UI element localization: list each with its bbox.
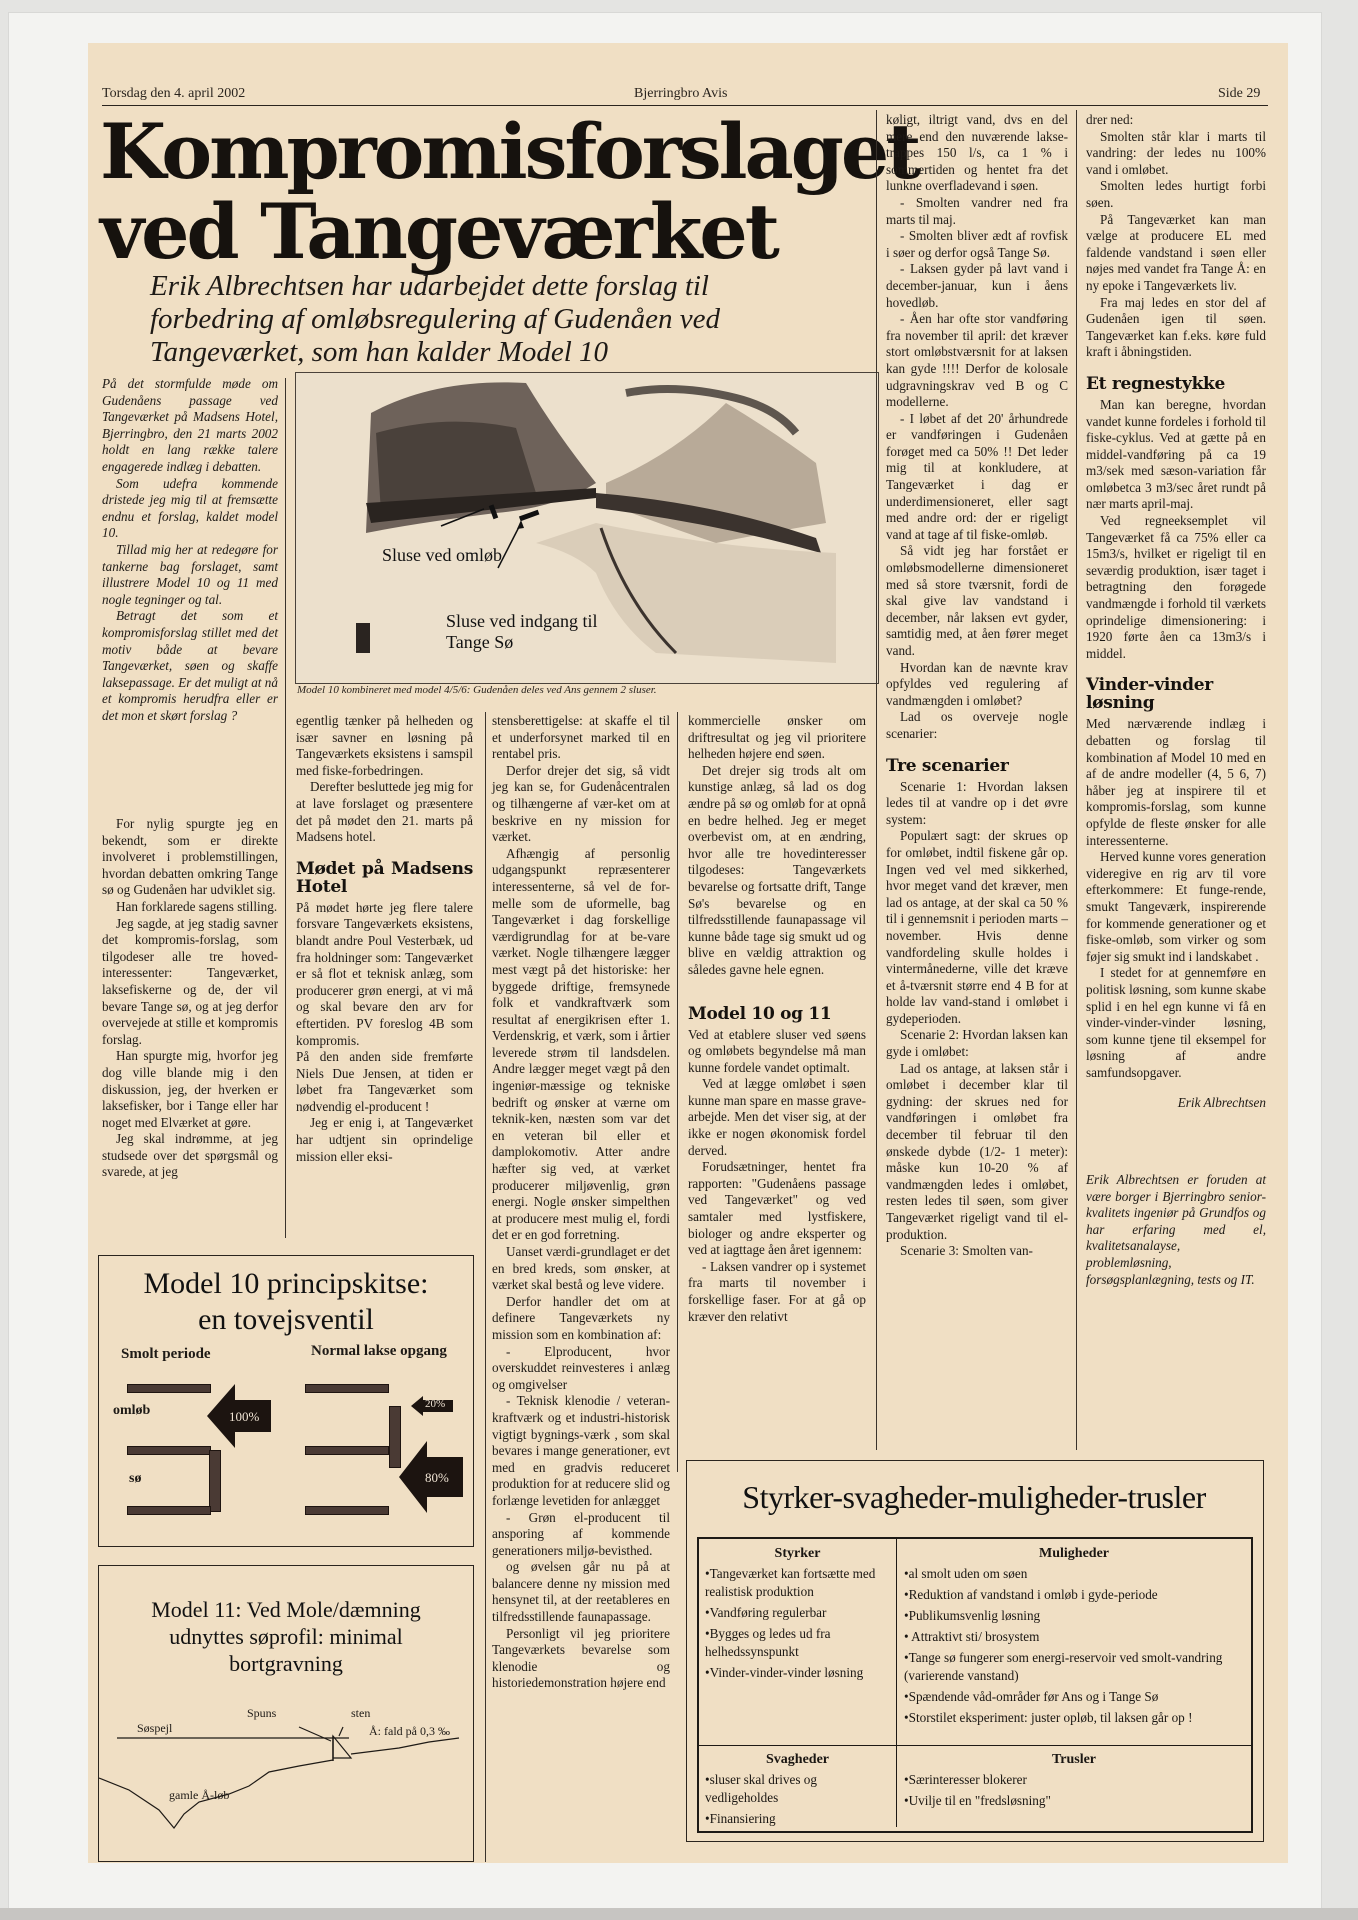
body-column-6: drer ned: Smolten står klar i marts til … [1086,112,1266,1288]
body-paragraph: Derfor drejer det sig, så vidt jeg kan s… [492,763,670,846]
article-headline: Kompromisforslaget ved Tangeværket [100,112,900,272]
photo-label-lake-sluice: Sluse ved indgang til Tange Sø [446,611,598,653]
body-paragraph: Scenarie 2: Hvordan laksen kan gyde i om… [886,1027,1068,1060]
channel-wall [127,1384,211,1393]
masthead-rule [102,105,1268,106]
swot-item: •Bygges og ledes ud fra helhedssynspunkt [705,1625,890,1661]
swot-item: •Vandføring regulerbar [705,1604,890,1622]
body-paragraph: Han forklarede sagens stilling. [102,899,278,916]
body-paragraph: stensberettigelse: at skaffe el til et u… [492,713,670,763]
author-bio: Erik Albrechtsen er foruden at være borg… [1086,1172,1266,1288]
body-paragraph: - Smolten bliver ædt af rovfisk i søer o… [886,228,1068,261]
model11-sketch-box: Model 11: Ved Mole/dæmning udnyttes søpr… [98,1565,474,1862]
swot-item: •Reduktion af vandstand i omløb i gyde-p… [904,1586,1244,1604]
body-paragraph: På den anden side fremførte Niels Due Je… [296,1049,473,1115]
so-label: sø [129,1471,141,1487]
gamle-aalob-label: gamle Å-løb [169,1788,229,1803]
swot-item: •Finansiering [705,1810,890,1828]
body-paragraph: På Tangeværket kan man vælge at producer… [1086,212,1266,295]
channel-wall [127,1446,211,1455]
column-rule [677,712,678,1472]
body-paragraph: Smolten står klar i marts til vandring: … [1086,129,1266,179]
smolt-period-label: Smolt periode [121,1346,211,1363]
sten-label: sten [351,1706,370,1721]
body-paragraph: Ved at etablere sluser ved søens og omlø… [688,1027,866,1077]
body-paragraph: Jeg er enig i, at Tangeværket har udtjen… [296,1115,473,1165]
swot-title: Styrker-svagheder-muligheder-trusler [686,1478,1262,1516]
gate-closed [209,1450,221,1512]
swot-item: •Spændende våd-områder før Ans og i Tang… [904,1688,1244,1706]
scanner-edge [0,1908,1358,1920]
section-heading: Tre scenarier [886,757,1068,775]
column-rule [876,110,877,1450]
channel-wall [305,1384,389,1393]
intro-paragraph: Betragt det som et kompromisforslag stil… [102,608,278,724]
aerial-photo-figure: Sluse ved omløb Sluse ved indgang til Ta… [295,372,879,684]
body-paragraph: Scenarie 3: Smolten van- [886,1243,1068,1260]
body-paragraph: For nylig spurgte jeg en bekendt, som er… [102,816,278,899]
body-paragraph: I stedet for at gennemføre en politisk l… [1086,965,1266,1081]
lake-profile-diagram [99,1566,473,1861]
swot-divider [896,1539,897,1827]
section-heading: Model 10 og 11 [688,1005,866,1023]
swot-item: •Tangeværket kan fortsætte med realistis… [705,1565,890,1601]
model10-title: Model 10 principskitse: en tovejsventil [99,1266,473,1338]
sospejl-label: Søspejl [137,1721,172,1736]
swot-item: •Publikumsvenlig løsning [904,1607,1244,1625]
body-paragraph: Med nærværende indlæg i debatten og fors… [1086,716,1266,849]
body-paragraph: Hvordan kan de nævnte krav opfyldes ved … [886,660,1068,710]
intro-paragraph: Tillad mig her at redegøre for tankerne … [102,542,278,608]
body-column-1: For nylig spurgte jeg en bekendt, som er… [102,816,278,1181]
swot-table: Styrker •Tangeværket kan fortsætte med r… [697,1537,1253,1833]
body-paragraph: - I løbet af det 20' århundrede er vandf… [886,411,1068,544]
omlob-label: omløb [113,1403,150,1419]
body-paragraph: Populært sagt: der skrues op for omløbet… [886,828,1068,1027]
body-paragraph: Jeg sagde, at jeg stadig savner det komp… [102,916,278,1049]
intro-paragraph: Som udefra kommende dristede jeg mig til… [102,476,278,542]
swot-item: •al smolt uden om søen [904,1565,1244,1583]
body-paragraph: - Teknisk klenodie / veteran-kraftværk o… [492,1393,670,1509]
body-paragraph: kommercielle ønsker om driftresultat og … [688,713,866,763]
body-paragraph: Smolten ledes hurtigt forbi søen. [1086,178,1266,211]
body-paragraph: og øvelsen går nu på at balancere denne … [492,1559,670,1625]
body-paragraph: Så vidt jeg har forstået er omløbsmodell… [886,543,1068,659]
body-paragraph: køligt, iltrigt vand, dvs en del mere en… [886,112,1068,195]
photo-label-omlob-sluice: Sluse ved omløb [382,545,502,566]
body-paragraph: - Smolten vandrer ned fra marts til maj. [886,195,1068,228]
issue-date: Torsdag den 4. april 2002 [102,86,245,102]
body-paragraph: egentlig tænker på helheden og især savn… [296,713,473,779]
section-heading: Et regnestykke [1086,375,1266,393]
swot-strengths: Styrker •Tangeværket kan fortsætte med r… [705,1545,890,1685]
headline-line-1: Kompromisforslaget [100,112,900,192]
body-column-5: køligt, iltrigt vand, dvs en del mere en… [886,112,1068,1260]
swot-weaknesses: Svagheder •sluser skal drives og vedlige… [705,1751,890,1831]
swot-item: •Uvilje til en "fredsløsning" [904,1792,1244,1810]
normal-salmon-label: Normal lakse opgang [311,1343,447,1360]
body-paragraph: Det drejer sig trods alt om kunstige anl… [688,763,866,979]
model10-title-line: Model 10 principskitse: [99,1266,473,1302]
swot-item: •Særinteresser blokerer [904,1771,1244,1789]
body-paragraph: Ved regneeksemplet vil Tangeværket få ca… [1086,513,1266,662]
swot-heading: Svagheder [705,1751,890,1769]
body-paragraph: Lad os overveje nogle scenarier: [886,709,1068,742]
body-column-2: egentlig tænker på helheden og især savn… [296,713,473,1165]
body-paragraph: - Laksen gyder på lavt vand i december-j… [886,261,1068,311]
body-paragraph: - Åen har ofte stor vandføring fra novem… [886,311,1068,411]
author-signature: Erik Albrechtsen [1086,1095,1266,1112]
body-paragraph: - Grøn el-producent til ansporing af kom… [492,1510,670,1560]
headline-line-2: ved Tangeværket [100,192,900,272]
swot-item: •Tange sø fungerer som energi-reservoir … [904,1649,1244,1685]
column-rule [285,378,286,1238]
swot-divider [699,1745,1251,1746]
swot-opportunities: Muligheder •al smolt uden om søen •Reduk… [904,1545,1244,1730]
intro-paragraph: På det stormfulde møde om Gudenåens pass… [102,376,278,476]
body-paragraph: Man kan beregne, hvordan vandet kunne fo… [1086,397,1266,513]
body-paragraph: Scenarie 1: Hvordan laksen ledes til at … [886,779,1068,829]
swot-item: •Vinder-vinder-vinder løsning [705,1664,890,1682]
photo-caption: Model 10 kombineret med model 4/5/6: Gud… [297,684,657,696]
intro-column: På det stormfulde møde om Gudenåens pass… [102,376,278,724]
flow-percent-20: 20% [425,1398,445,1410]
flow-percent-100: 100% [229,1409,259,1425]
body-paragraph: Herved kunne vores generation videregive… [1086,849,1266,965]
fald-label: Å: fald på 0,3 ‰ [369,1724,450,1739]
swot-item: •sluser skal drives og vedligeholdes [705,1771,890,1807]
column-rule [1076,110,1077,1450]
swot-threats: Trusler •Særinteresser blokerer •Uvilje … [904,1751,1244,1813]
body-paragraph: Han spurgte mig, hvorfor jeg dog ville b… [102,1048,278,1131]
column-rule [485,712,486,1862]
body-paragraph: Lad os antage, at laksen står i omløbet … [886,1061,1068,1244]
section-heading: Vinder-vinder løsning [1086,676,1266,712]
publication-name: Bjerringbro Avis [634,86,727,102]
body-column-3: stensberettigelse: at skaffe el til et u… [492,713,670,1692]
model10-sketch-box: Model 10 principskitse: en tovejsventil … [98,1255,474,1547]
body-paragraph: Forudsætninger, hentet fra rapporten: "G… [688,1159,866,1259]
body-paragraph: Uanset værdi-grundlaget er det en bred k… [492,1244,670,1294]
swot-heading: Muligheder [904,1545,1244,1563]
body-paragraph: Fra maj ledes en stor del af Gudenåen ig… [1086,295,1266,361]
model10-title-line: en tovejsventil [99,1302,473,1338]
body-paragraph: Derfor handler det om at definere Tangev… [492,1294,670,1344]
swot-item: • Attraktivt sti/ brosystem [904,1628,1244,1646]
channel-wall [127,1506,211,1515]
body-paragraph: - Laksen vandrer op i systemet fra marts… [688,1259,866,1325]
body-paragraph: På mødet hørte jeg flere talere forsvare… [296,900,473,1049]
channel-wall [305,1506,389,1515]
spuns-label: Spuns [247,1706,276,1721]
photo-label-line: Sluse ved indgang til [446,611,598,632]
page-number: Side 29 [1218,86,1260,102]
body-paragraph: Ved at lægge omløbet i søen kunne man sp… [688,1076,866,1159]
swot-item: •Storstilet eksperiment: juster opløb, t… [904,1709,1244,1727]
channel-wall [305,1446,389,1455]
body-paragraph: Jeg skal indrømme, at jeg studsede over … [102,1131,278,1181]
flow-percent-80: 80% [425,1470,449,1486]
body-paragraph: - Elproducent, hvor overskuddet reinvest… [492,1344,670,1394]
article-subheadline: Erik Albrechtsen har udarbejdet dette fo… [150,270,750,369]
swot-heading: Trusler [904,1751,1244,1769]
swot-heading: Styrker [705,1545,890,1563]
body-column-4: kommercielle ønsker om driftresultat og … [688,713,866,1325]
body-paragraph: Derefter besluttede jeg mig for at lave … [296,779,473,845]
section-heading: Mødet på Madsens Hotel [296,860,473,896]
body-paragraph: drer ned: [1086,112,1266,129]
body-paragraph: Afhængig af personlig udgangspunkt repræ… [492,846,670,1244]
body-paragraph: Personligt vil jeg prioritere Tangeværke… [492,1626,670,1692]
photo-label-line: Tange Sø [446,632,598,653]
